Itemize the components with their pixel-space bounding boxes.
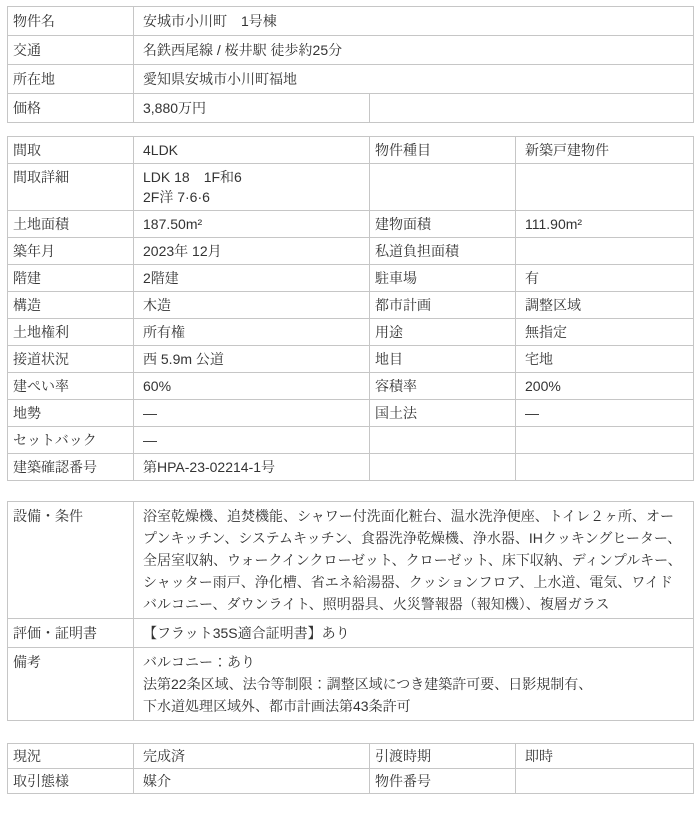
field-value-stories: 2階建 [134,265,370,292]
field-label-property-number: 物件番号 [370,769,516,794]
table-row: 建築確認番号 第HPA-23-02214-1号 [8,454,694,481]
field-label-building-permit-number: 建築確認番号 [8,454,134,481]
field-label-certification: 評価・証明書 [8,619,134,648]
field-label-land-rights: 土地権利 [8,319,134,346]
field-label-current-status: 現況 [8,744,134,769]
empty-cell [516,769,694,794]
table-row: 築年月 2023年 12月 私道負担面積 [8,238,694,265]
field-value-property-type: 新築戸建物件 [516,137,694,164]
field-label-floor-area-ratio: 容積率 [370,373,516,400]
field-label-structure: 構造 [8,292,134,319]
field-label-remarks: 備考 [8,648,134,721]
field-label-price: 価格 [8,94,134,123]
table-row: 備考 バルコニー：あり 法第22条区域、法令等制限：調整区域につき建築許可要、日… [8,648,694,721]
field-value-equipment-conditions: 浴室乾燥機、追焚機能、シャワー付洗面化粧台、温水洗浄便座、トイレ２ヶ所、オープン… [134,502,694,619]
field-value-certification: 【フラット35S適合証明書】あり [134,619,694,648]
table-row: セットバック ― [8,427,694,454]
table-row: 地勢 ― 国土法 ― [8,400,694,427]
empty-cell [516,427,694,454]
field-value-transaction-type: 媒介 [134,769,370,794]
property-detail-table: 間取 4LDK 物件種目 新築戸建物件 間取詳細 LDK 18 1F和6 2F洋… [7,136,694,481]
table-row: 建ぺい率 60% 容積率 200% [8,373,694,400]
field-label-national-land-law: 国土法 [370,400,516,427]
empty-cell [516,164,694,211]
empty-cell [516,238,694,265]
field-value-current-status: 完成済 [134,744,370,769]
table-row: 現況 完成済 引渡時期 即時 [8,744,694,769]
field-value-national-land-law: ― [516,400,694,427]
field-value-land-area: 187.50m² [134,211,370,238]
field-label-floorplan: 間取 [8,137,134,164]
field-value-building-permit-number: 第HPA-23-02214-1号 [134,454,370,481]
field-value-coverage-ratio: 60% [134,373,370,400]
field-value-parking: 有 [516,265,694,292]
field-label-land-category: 地目 [370,346,516,373]
empty-cell [516,454,694,481]
field-label-setback: セットバック [8,427,134,454]
table-row: 土地面積 187.50m² 建物面積 111.90m² [8,211,694,238]
table-row: 所在地 愛知県安城市小川町福地 [8,65,694,94]
empty-cell [370,454,516,481]
field-value-structure: 木造 [134,292,370,319]
field-value-floor-area-ratio: 200% [516,373,694,400]
table-row: 階建 2階建 駐車場 有 [8,265,694,292]
table-row: 間取 4LDK 物件種目 新築戸建物件 [8,137,694,164]
field-value-land-category: 宅地 [516,346,694,373]
table-row: 間取詳細 LDK 18 1F和6 2F洋 7·6·6 [8,164,694,211]
field-value-building-area: 111.90m² [516,211,694,238]
property-summary-table: 物件名 安城市小川町 1号棟 交通 名鉄西尾線 / 桜井駅 徒歩約25分 所在地… [7,6,694,123]
table-row: 設備・条件 浴室乾燥機、追焚機能、シャワー付洗面化粧台、温水洗浄便座、トイレ２ヶ… [8,502,694,619]
property-detail-page: 物件名 安城市小川町 1号棟 交通 名鉄西尾線 / 桜井駅 徒歩約25分 所在地… [0,0,700,794]
field-value-access: 名鉄西尾線 / 桜井駅 徒歩約25分 [134,36,694,65]
field-value-floorplan: 4LDK [134,137,370,164]
table-row: 価格 3,880万円 [8,94,694,123]
field-label-private-road-area: 私道負担面積 [370,238,516,265]
field-label-zoning: 用途 [370,319,516,346]
table-row: 評価・証明書 【フラット35S適合証明書】あり [8,619,694,648]
table-row: 取引態様 媒介 物件番号 [8,769,694,794]
field-value-road-access: 西 5.9m 公道 [134,346,370,373]
field-label-property-type: 物件種目 [370,137,516,164]
empty-cell [370,427,516,454]
field-label-transaction-type: 取引態様 [8,769,134,794]
field-value-floorplan-detail: LDK 18 1F和6 2F洋 7·6·6 [134,164,370,211]
field-label-city-planning: 都市計画 [370,292,516,319]
field-label-parking: 駐車場 [370,265,516,292]
field-value-topography: ― [134,400,370,427]
field-value-price: 3,880万円 [134,94,370,123]
field-label-equipment-conditions: 設備・条件 [8,502,134,619]
table-row: 土地権利 所有権 用途 無指定 [8,319,694,346]
table-row: 接道状況 西 5.9m 公道 地目 宅地 [8,346,694,373]
empty-cell [370,94,694,123]
field-value-built-date: 2023年 12月 [134,238,370,265]
property-features-table: 設備・条件 浴室乾燥機、追焚機能、シャワー付洗面化粧台、温水洗浄便座、トイレ２ヶ… [7,501,694,721]
field-value-property-name: 安城市小川町 1号棟 [134,7,694,36]
field-label-floorplan-detail: 間取詳細 [8,164,134,211]
field-label-property-name: 物件名 [8,7,134,36]
field-value-remarks: バルコニー：あり 法第22条区域、法令等制限：調整区域につき建築許可要、日影規制… [134,648,694,721]
field-value-land-rights: 所有権 [134,319,370,346]
table-row: 物件名 安城市小川町 1号棟 [8,7,694,36]
field-label-handover-time: 引渡時期 [370,744,516,769]
field-label-building-area: 建物面積 [370,211,516,238]
field-value-city-planning: 調整区域 [516,292,694,319]
field-label-road-access: 接道状況 [8,346,134,373]
field-value-setback: ― [134,427,370,454]
empty-cell [370,164,516,211]
field-value-zoning: 無指定 [516,319,694,346]
property-status-table: 現況 完成済 引渡時期 即時 取引態様 媒介 物件番号 [7,743,694,794]
field-label-access: 交通 [8,36,134,65]
field-label-address: 所在地 [8,65,134,94]
field-label-land-area: 土地面積 [8,211,134,238]
table-row: 構造 木造 都市計画 調整区域 [8,292,694,319]
field-value-handover-time: 即時 [516,744,694,769]
field-label-topography: 地勢 [8,400,134,427]
field-value-address: 愛知県安城市小川町福地 [134,65,694,94]
table-row: 交通 名鉄西尾線 / 桜井駅 徒歩約25分 [8,36,694,65]
field-label-built-date: 築年月 [8,238,134,265]
field-label-stories: 階建 [8,265,134,292]
field-label-coverage-ratio: 建ぺい率 [8,373,134,400]
